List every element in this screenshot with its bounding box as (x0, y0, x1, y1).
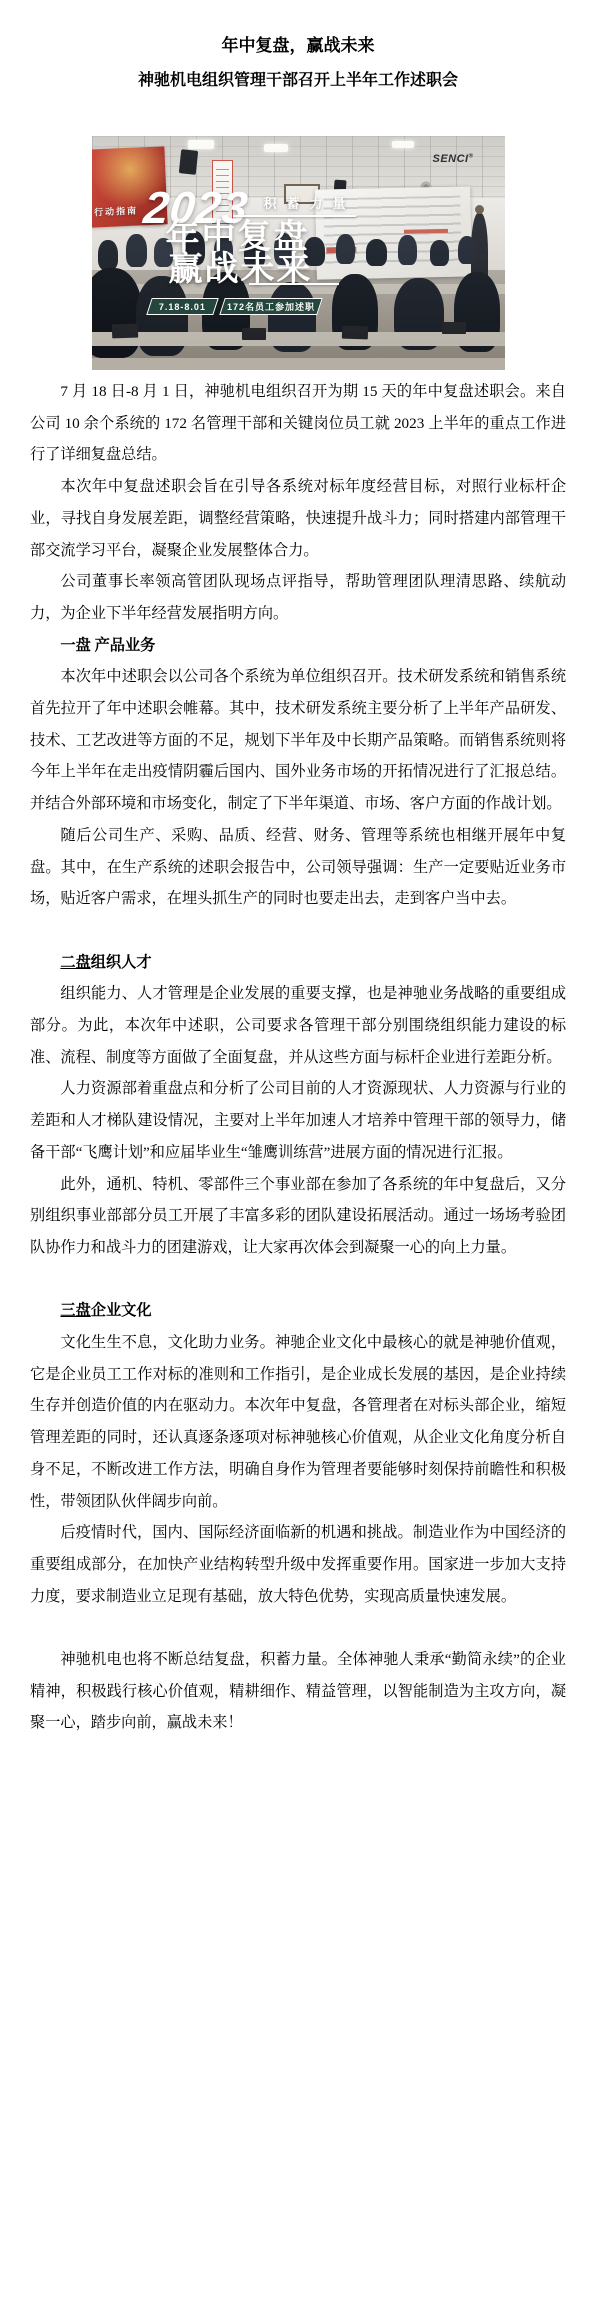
date-range-chip: 7.18-8.01 (146, 298, 219, 315)
article-body: 7 月 18 日-8 月 1 日，神驰机电组织召开为期 15 天的年中复盘述职会… (30, 376, 566, 1739)
paragraph: 公司董事长率领高管团队现场点评指导，帮助管理团队理清思路、续航动力，为企业下半年… (30, 566, 566, 629)
screen-highlight (403, 229, 447, 234)
banner-headline-line1: 年中复盘 (166, 220, 310, 254)
wall-banner-text: 行动指南 (93, 204, 138, 219)
blank-line (30, 1264, 566, 1296)
registered-mark: ® (469, 153, 474, 159)
paragraph: 后疫情时代，国内、国际经济面临新的机遇和挑战。制造业作为中国经济的重要组成部分，… (30, 1517, 566, 1612)
section-heading: 一盘 产品业务 (30, 630, 566, 662)
paragraph: 组织能力、人才管理是企业发展的重要支撑，也是神驰业务战略的重要组成部分。为此，本… (30, 978, 566, 1073)
banner-tagline: 积蓄力量 (264, 193, 356, 212)
participants-text: 172名员工参加述职 (226, 300, 314, 313)
page-title: 年中复盘，赢战未来 (40, 36, 556, 56)
paragraph: 随后公司生产、采购、品质、经营、财务、管理等系统也相继开展年中复盘。其中，在生产… (30, 820, 566, 915)
paragraph: 本次年中述职会以公司各个系统为单位组织召开。技术研发系统和销售系统首先拉开了年中… (30, 661, 566, 820)
participants-chip: 172名员工参加述职 (219, 298, 323, 315)
date-range-text: 7.18-8.01 (158, 302, 205, 312)
paragraph: 神驰机电也将不断总结复盘，积蓄力量。全体神驰人秉承“勤简永续”的企业精神，积极践… (30, 1644, 566, 1739)
ceiling-light (392, 141, 414, 148)
senci-logo: SENCI® (433, 153, 474, 165)
ceiling-light (264, 144, 288, 152)
blank-line (30, 915, 566, 947)
paragraph: 本次年中复盘述职会旨在引导各系统对标年度经营目标，对照行业标杆企业，寻找自身发展… (30, 471, 566, 566)
headline-underline (249, 283, 339, 285)
blank-line (30, 1612, 566, 1644)
section-heading: 二盘组织人才 (30, 947, 566, 979)
wall-speaker (178, 149, 197, 175)
paragraph: 此外，通机、特机、零部件三个事业部在参加了各系统的年中复盘后，又分别组织事业部部… (30, 1169, 566, 1264)
banner-headline-line2: 赢战未来 (169, 252, 313, 286)
page-subtitle: 神驰机电组织管理干部召开上半年工作述职会 (40, 71, 556, 90)
desk-row-near (92, 332, 505, 346)
paragraph: 人力资源部着重盘点和分析了公司目前的人才资源现状、人力资源与行业的差距和人才梯队… (30, 1073, 566, 1168)
document-page: 年中复盘，赢战未来 神驰机电组织管理干部召开上半年工作述职会 行动指南 (0, 0, 596, 2316)
meeting-photo-banner: 行动指南 SENCI® 2023 积蓄力量 年中复盘 赢战未来 7.18-8.0… (92, 136, 505, 370)
paragraph: 文化生生不息，文化助力业务。神驰企业文化中最核心的就是神驰价值观，它是企业员工工… (30, 1327, 566, 1517)
ceiling-light (188, 140, 214, 149)
paragraph: 7 月 18 日-8 月 1 日，神驰机电组织召开为期 15 天的年中复盘述职会… (30, 376, 566, 471)
desk-row-bottom (92, 358, 505, 370)
senci-logo-text: SENCI (433, 153, 469, 165)
tagline-underline (233, 215, 356, 217)
section-heading: 三盘企业文化 (30, 1295, 566, 1327)
